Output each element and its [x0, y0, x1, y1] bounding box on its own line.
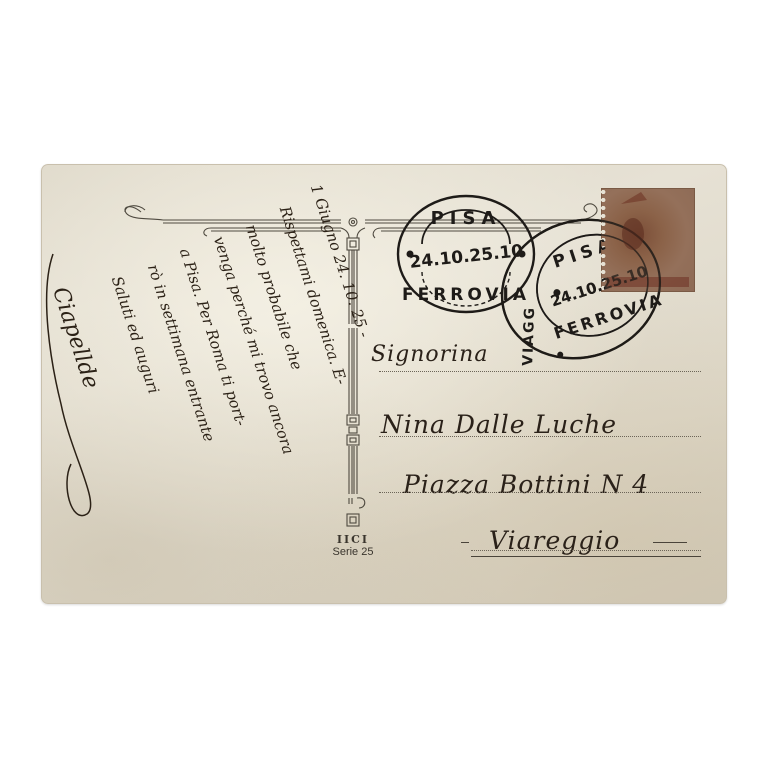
postcard-back: PISA 24.10.25.10 FERROVIA PISA 24.10.25.…	[41, 164, 727, 604]
address-salutation: Signorina	[371, 342, 488, 367]
signature-flourish	[41, 164, 727, 604]
printer-series: Serie 25	[323, 546, 383, 558]
address-line-1	[379, 371, 701, 372]
address-line-3	[379, 492, 701, 493]
address-line-4	[471, 550, 701, 551]
printer-brand: IICI	[323, 534, 383, 546]
address-line-2	[379, 436, 701, 437]
address-name: Nina Dalle Luche	[381, 410, 617, 439]
city-dash-left	[461, 542, 469, 543]
city-dash-right	[653, 542, 687, 543]
printer-mark: IICI Serie 25	[323, 534, 383, 558]
photo-stage: PISA 24.10.25.10 FERROVIA PISA 24.10.25.…	[0, 0, 768, 768]
address-underline	[471, 556, 701, 557]
address-street: Piazza Bottini N 4	[403, 470, 649, 499]
